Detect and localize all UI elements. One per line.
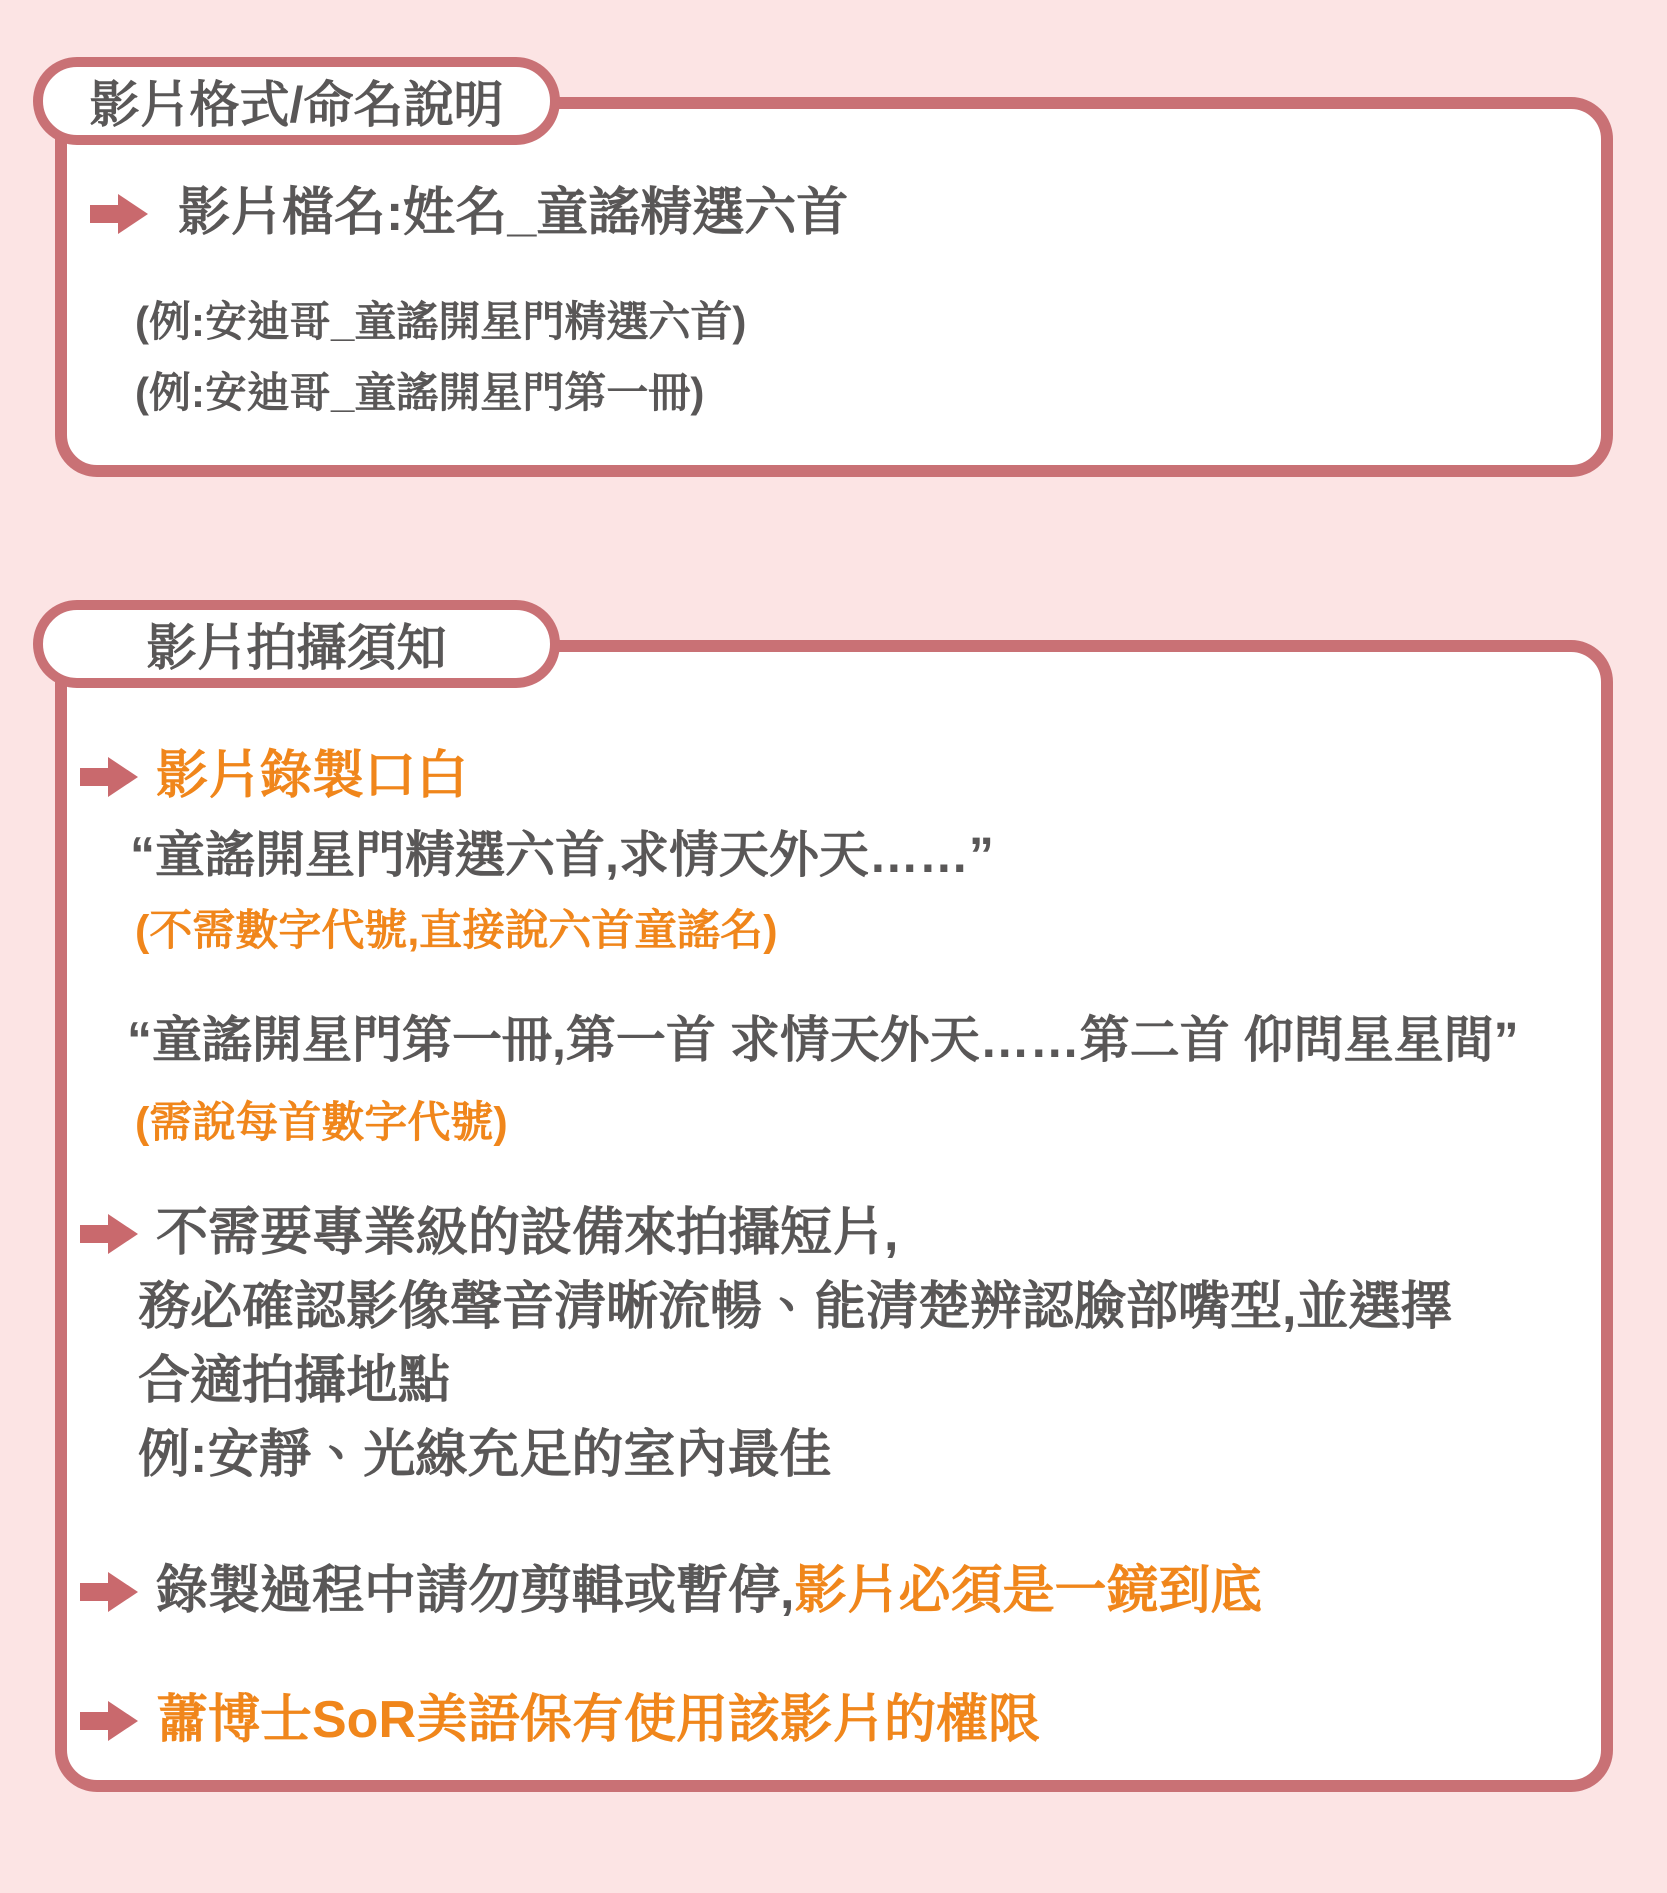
naming-example-1: (例:安迪哥_童謠開星門精選六首) — [135, 299, 746, 345]
voiceover-heading: 影片錄製口白 — [156, 748, 468, 805]
video-naming-card: 影片檔名:姓名_童謠精選六首 (例:安迪哥_童謠開星門精選六首) (例:安迪哥_… — [55, 97, 1613, 477]
equipment-bullet-row: 不需要專業級的設備來拍攝短片, — [80, 1205, 898, 1262]
equipment-line-4: 例:安靜、光線充足的室內最佳 — [138, 1427, 831, 1484]
arrow-bullet-icon — [90, 194, 148, 234]
video-naming-title-pill: 影片格式/命名說明 — [33, 57, 560, 145]
voiceover-heading-row: 影片錄製口白 — [80, 748, 468, 805]
video-shooting-card: 影片錄製口白 “童謠開星門精選六首,求情天外天……” (不需數字代號,直接說六首… — [55, 640, 1613, 1792]
voiceover-note-2: (需說每首數字代號) — [135, 1100, 508, 1147]
no-editing-text-grey: 錄製過程中請勿剪輯或暫停, — [156, 1562, 794, 1620]
equipment-line-2: 務必確認影像聲音清晰流暢、能清楚辨認臉部嘴型,並選擇 — [138, 1279, 1452, 1336]
one-take-text-orange: 影片必須是一鏡到底 — [794, 1562, 1262, 1620]
usage-rights-text: 蕭博士SoR美語保有使用該影片的權限 — [156, 1692, 1040, 1749]
video-naming-title: 影片格式/命名說明 — [90, 65, 504, 137]
no-editing-bullet-row: 錄製過程中請勿剪輯或暫停,影片必須是一鏡到底 — [80, 1563, 1262, 1620]
infographic-page: 影片檔名:姓名_童謠精選六首 (例:安迪哥_童謠開星門精選六首) (例:安迪哥_… — [0, 0, 1667, 1893]
arrow-bullet-icon — [80, 1214, 138, 1254]
naming-bullet-row: 影片檔名:姓名_童謠精選六首 — [90, 185, 848, 242]
arrow-bullet-icon — [80, 757, 138, 797]
arrow-bullet-icon — [80, 1572, 138, 1612]
voiceover-quote-1: “童謠開星門精選六首,求情天外天……” — [130, 828, 994, 883]
usage-rights-bullet-row: 蕭博士SoR美語保有使用該影片的權限 — [80, 1692, 1040, 1749]
voiceover-note-1: (不需數字代號,直接說六首童謠名) — [135, 908, 778, 955]
equipment-line-3: 合適拍攝地點 — [138, 1353, 450, 1410]
arrow-bullet-icon — [80, 1701, 138, 1741]
naming-bullet-text: 影片檔名:姓名_童謠精選六首 — [178, 185, 848, 242]
video-shooting-title-pill: 影片拍攝須知 — [33, 600, 560, 688]
naming-example-2: (例:安迪哥_童謠開星門第一冊) — [135, 370, 704, 416]
equipment-line-1: 不需要專業級的設備來拍攝短片, — [156, 1205, 898, 1262]
video-shooting-title: 影片拍攝須知 — [147, 608, 447, 680]
voiceover-quote-2: “童謠開星門第一冊,第一首 求情天外天……第二首 仰問星星間” — [127, 1013, 1519, 1068]
no-editing-text: 錄製過程中請勿剪輯或暫停,影片必須是一鏡到底 — [156, 1563, 1262, 1620]
